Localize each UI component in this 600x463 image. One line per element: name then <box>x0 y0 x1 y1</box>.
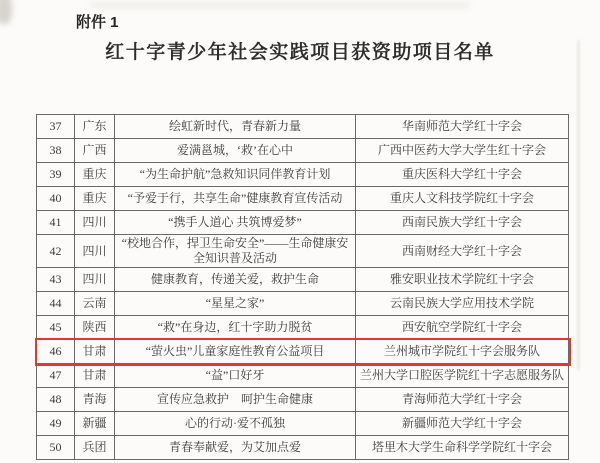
province-cell: 云南 <box>75 292 115 316</box>
province-cell: 陕西 <box>75 316 115 340</box>
province-cell: 甘肃 <box>75 340 115 364</box>
province-cell: 四川 <box>75 268 115 292</box>
organization-cell: 云南民族大学应用技术学院 <box>356 292 569 316</box>
project-name-cell: “萤火虫”儿童家庭性教育公益项目 <box>115 340 356 364</box>
document-page: 附件 1 红十字青少年社会实践项目获资助项目名单 37 广东 绘虹新时代，青春新… <box>0 0 600 463</box>
province-cell: 甘肃 <box>75 364 115 388</box>
row-number-cell: 46 <box>37 340 75 364</box>
province-cell: 广西 <box>75 139 115 163</box>
project-name-cell: 宣传应急救护 呵护生命健康 <box>115 388 356 412</box>
project-name-cell: 青春奉献爱，为艾加点爱 <box>115 436 356 460</box>
attachment-label: 附件 1 <box>76 11 119 32</box>
row-number-cell: 43 <box>37 268 75 292</box>
table-row: 49 新疆 心的行动·爱不孤独 新疆师范大学红十字会 <box>37 412 569 436</box>
province-cell: 重庆 <box>75 187 115 211</box>
organization-cell: 西安航空学院红十字会 <box>356 316 569 340</box>
project-name-cell: “星星之家” <box>115 292 356 316</box>
project-name-cell: 健康教育，传递关爱，救护生命 <box>115 268 356 292</box>
organization-cell: 兰州大学口腔医学院红十字志愿服务队 <box>356 364 569 388</box>
table-row: 48 青海 宣传应急救护 呵护生命健康 青海师范大学红十字会 <box>37 388 569 412</box>
project-name-cell: 爱满邕城，‘救’在心中 <box>115 139 356 163</box>
province-cell: 四川 <box>75 235 115 268</box>
row-number-cell: 45 <box>37 316 75 340</box>
page-title: 红十字青少年社会实践项目获资助项目名单 <box>0 37 600 64</box>
organization-cell: 兰州城市学院红十字会服务队 <box>356 340 569 364</box>
organization-cell: 西南财经大学红十字会 <box>356 235 569 268</box>
organization-cell: 重庆人文科技学院红十字会 <box>356 187 569 211</box>
project-name-cell: 绘虹新时代，青春新力量 <box>115 115 356 139</box>
organization-cell: 青海师范大学红十字会 <box>356 388 569 412</box>
organization-cell: 华南师范大学红十字会 <box>356 115 569 139</box>
table-row: 43 四川 健康教育，传递关爱，救护生命 雅安职业技术学院红十字会 <box>37 268 569 292</box>
table-row: 47 甘肃 “益”口好牙 兰州大学口腔医学院红十字志愿服务队 <box>37 364 569 388</box>
scan-streak-artifact <box>577 40 580 370</box>
row-number-cell: 40 <box>37 187 75 211</box>
row-number-cell: 47 <box>37 364 75 388</box>
row-number-cell: 37 <box>37 115 75 139</box>
table-row: 41 四川 “携手人道心 共筑博爱梦” 西南民族大学红十字会 <box>37 211 569 235</box>
funded-projects-table: 37 广东 绘虹新时代，青春新力量 华南师范大学红十字会 38 广西 爱满邕城，… <box>36 114 569 460</box>
table-row: 44 云南 “星星之家” 云南民族大学应用技术学院 <box>37 292 569 316</box>
province-cell: 广东 <box>75 115 115 139</box>
table-row: 40 重庆 “予爱于行，共享生命”健康教育宣传活动 重庆人文科技学院红十字会 <box>37 187 569 211</box>
province-cell: 重庆 <box>75 163 115 187</box>
row-number-cell: 44 <box>37 292 75 316</box>
table-row: 39 重庆 “为生命护航”急救知识同伴教育计划 重庆医科大学红十字会 <box>37 163 569 187</box>
row-number-cell: 48 <box>37 388 75 412</box>
project-name-cell: 心的行动·爱不孤独 <box>115 412 356 436</box>
row-number-cell: 39 <box>37 163 75 187</box>
project-name-cell: “益”口好牙 <box>115 364 356 388</box>
row-number-cell: 38 <box>37 139 75 163</box>
organization-cell: 塔里木大学生命科学学院红十字会 <box>356 436 569 460</box>
organization-cell: 新疆师范大学红十字会 <box>356 412 569 436</box>
project-name-cell: “救”在身边，红十字助力脱贫 <box>115 316 356 340</box>
row-number-cell: 50 <box>37 436 75 460</box>
organization-cell: 雅安职业技术学院红十字会 <box>356 268 569 292</box>
organization-cell: 重庆医科大学红十字会 <box>356 163 569 187</box>
province-cell: 四川 <box>75 211 115 235</box>
row-number-cell: 42 <box>37 235 75 268</box>
organization-cell: 广西中医药大学大学生红十字会 <box>356 139 569 163</box>
project-name-cell: “校地合作，捍卫生命安全”——生命健康安全知识普及活动 <box>115 235 356 268</box>
table-row: 50 兵团 青春奉献爱，为艾加点爱 塔里木大学生命科学学院红十字会 <box>37 436 569 460</box>
scan-smudge-artifact <box>90 2 470 8</box>
row-number-cell: 49 <box>37 412 75 436</box>
province-cell: 青海 <box>75 388 115 412</box>
table-row: 45 陕西 “救”在身边，红十字助力脱贫 西安航空学院红十字会 <box>37 316 569 340</box>
organization-cell: 西南民族大学红十字会 <box>356 211 569 235</box>
province-cell: 新疆 <box>75 412 115 436</box>
table-row-highlighted: 46 甘肃 “萤火虫”儿童家庭性教育公益项目 兰州城市学院红十字会服务队 <box>37 340 569 364</box>
row-number-cell: 41 <box>37 211 75 235</box>
table-row: 37 广东 绘虹新时代，青春新力量 华南师范大学红十字会 <box>37 115 569 139</box>
project-name-cell: “为生命护航”急救知识同伴教育计划 <box>115 163 356 187</box>
table-row: 42 四川 “校地合作，捍卫生命安全”——生命健康安全知识普及活动 西南财经大学… <box>37 235 569 268</box>
table-row: 38 广西 爱满邕城，‘救’在心中 广西中医药大学大学生红十字会 <box>37 139 569 163</box>
scan-smudge-artifact <box>0 0 12 24</box>
project-name-cell: “携手人道心 共筑博爱梦” <box>115 211 356 235</box>
project-name-cell: “予爱于行，共享生命”健康教育宣传活动 <box>115 187 356 211</box>
province-cell: 兵团 <box>75 436 115 460</box>
